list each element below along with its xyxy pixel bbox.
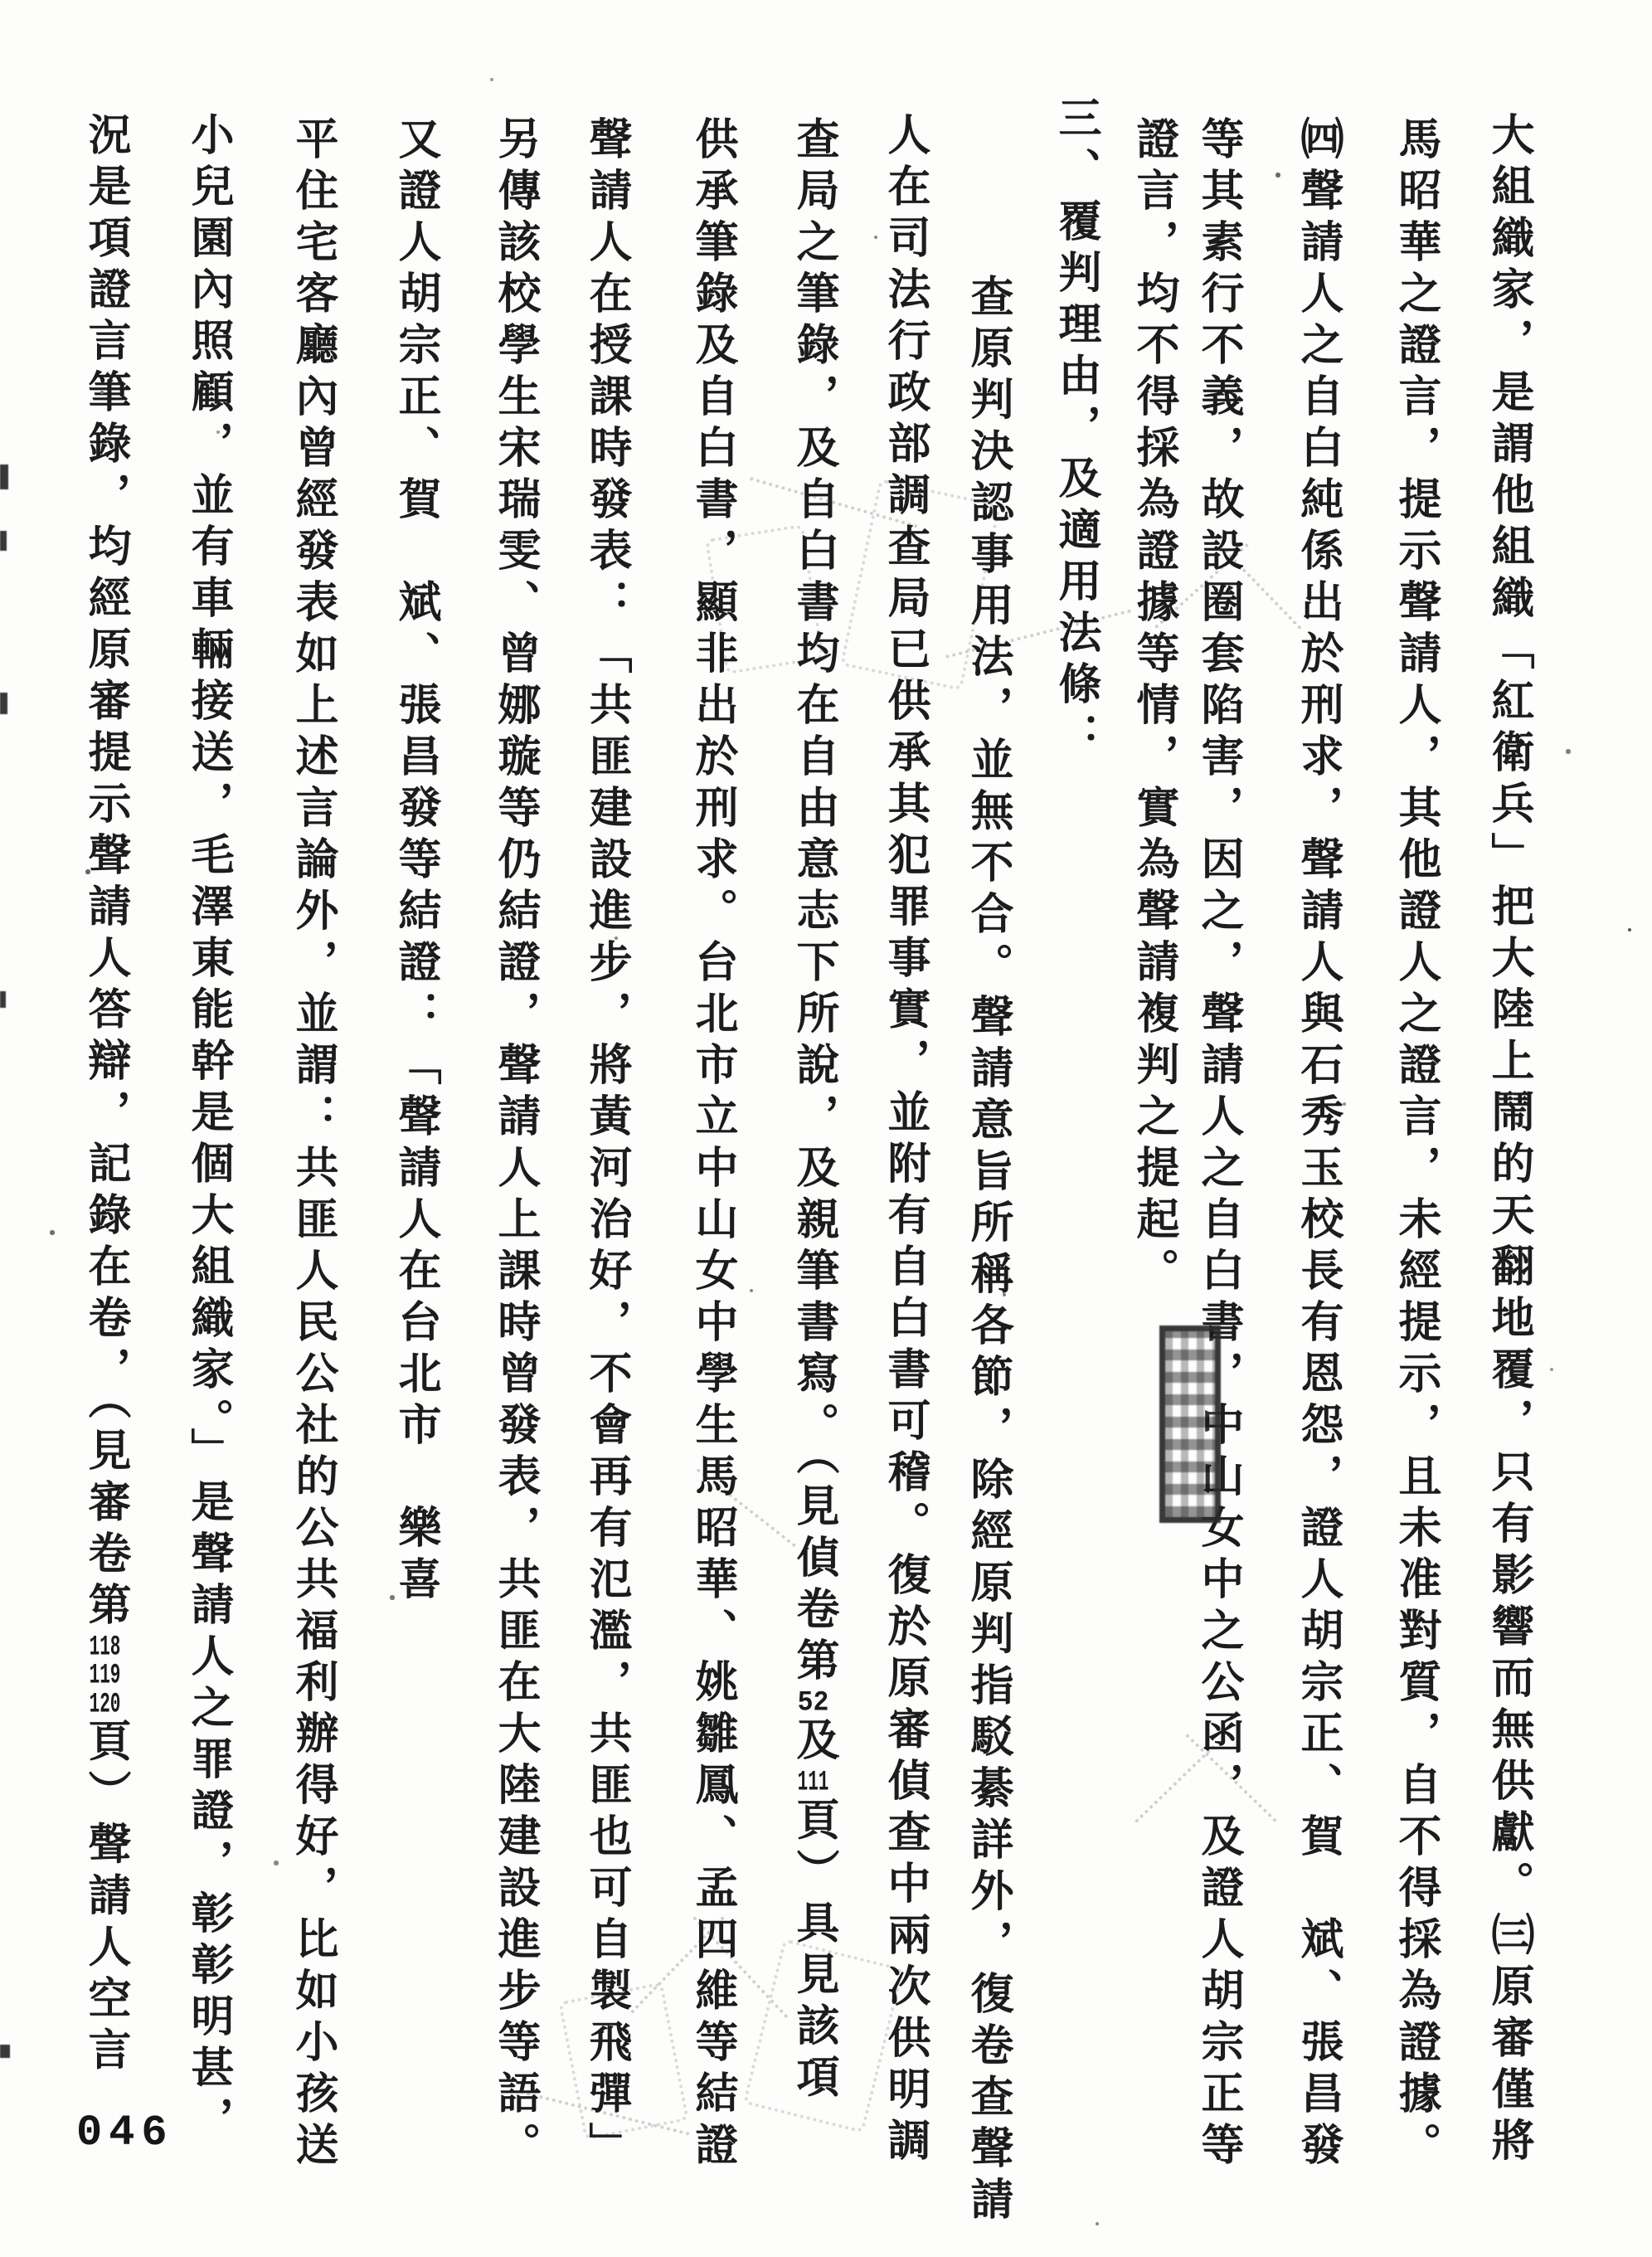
- scan-noise: [0, 0, 2, 2]
- text-column: 平住宅客廳內曾經發表如上述言論外，並謂：共匪人民公社的公共福利辦得好，比如小孩送: [280, 116, 343, 2173]
- text-column: 另傳該校學生宋瑞雯、曾娜璇等仍結證，聲請人上課時曾發表，共匪在大陸建設進步等語。: [483, 116, 546, 2173]
- text-column: 證言，均不得採為證據等情，實為聲請複判之提起。: [1121, 116, 1184, 1299]
- scan-edge-artifact: [0, 531, 7, 551]
- document-page: 大組織家，是謂他組織「紅衛兵」把大陸上鬧的天翻地覆，只有影響而無供獻。㈢原審僅將…: [0, 0, 1652, 2257]
- text-column: 聲請人在授課時發表：「共匪建設進步，將黃河治好，不會再有氾濫，共匪也可自製飛彈」: [574, 116, 637, 2173]
- inline-page-citation-number: 119: [89, 1661, 121, 1690]
- scan-edge-artifact: [0, 693, 7, 714]
- text-column: 馬昭華之證言，提示聲請人，其他證人之證言，未經提示，且未准對質，自不得採為證據。: [1383, 116, 1446, 2173]
- text-column: 查原判決認事用法，並無不合。聲請意旨所稱各節，除經原判指駁綦詳外，復卷查聲請: [955, 274, 1018, 2228]
- inline-page-citation-number: 111: [797, 1768, 829, 1797]
- scan-edge-artifact: [0, 2045, 10, 2058]
- text-column: 查局之筆錄，及自白書均在自由意志下所說，及親筆書寫。（見偵卷第52及111頁）具…: [781, 116, 844, 2106]
- scan-edge-artifact: [0, 465, 8, 489]
- scan-edge-artifact: [0, 991, 6, 1008]
- page-number: 046: [76, 2109, 174, 2157]
- text-column: 三、覆判理由，及適用法條：: [1043, 95, 1106, 764]
- text-column: 供承筆錄及自白書，顯非出於刑求。台北市立中山女中學生馬昭華、姚雛鳳、孟四維等結證: [680, 116, 743, 2173]
- inline-page-citation-number: 118: [89, 1633, 121, 1661]
- text-column: ㈣聲請人之自白純係出於刑求，聲請人與石秀玉校長有恩怨，證人胡宗正、賀 斌、張昌發: [1285, 116, 1348, 2173]
- text-column: 況是項證言筆錄，均經原審提示聲請人答辯，記錄在卷，（見審卷第118119120頁…: [73, 112, 136, 2079]
- ink-seal: [1159, 1326, 1221, 1523]
- inline-page-citation-number: 52: [797, 1689, 829, 1717]
- text-column: 等其素行不義，故設圈套陷害，因之，聲請人之自白書，中山女中之公函，及證人胡宗正等: [1186, 116, 1249, 2173]
- text-column: 大組織家，是謂他組織「紅衛兵」把大陸上鬧的天翻地覆，只有影響而無供獻。㈢原審僅將: [1476, 112, 1539, 2169]
- text-column: 人在司法行政部調查局已供承其犯罪事實，並附有自白書可稽。復於原審偵查中兩次供明調: [872, 112, 935, 2169]
- text-column: 又證人胡宗正、賀 斌、張昌發等結證：「聲請人在台北市 樂喜: [383, 116, 446, 1608]
- inline-page-citation-number: 120: [89, 1690, 121, 1719]
- text-column: 小兒園內照顧，並有車輛接送，毛澤東能幹是個大組織家。」是聲請人之罪證，彰彰明甚，: [176, 112, 239, 2148]
